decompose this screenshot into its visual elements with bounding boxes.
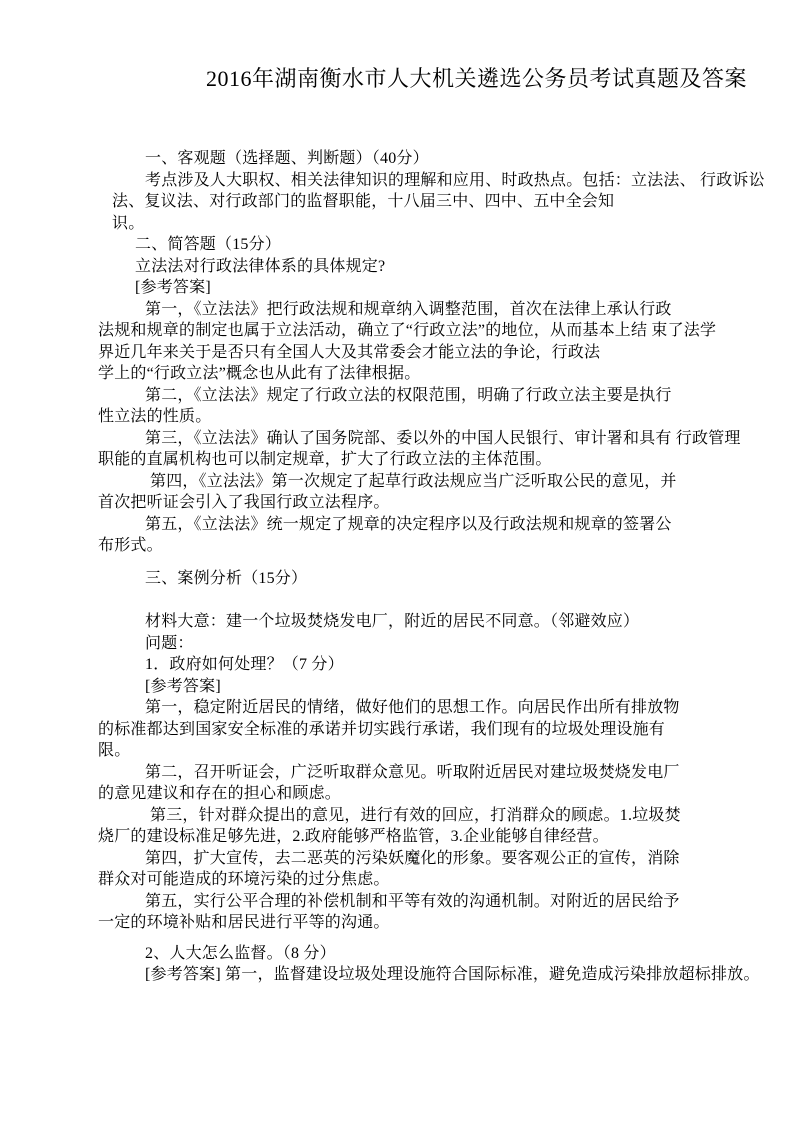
doc-line-question1: 1．政府如何处理？（7 分）: [145, 654, 734, 676]
doc-line: 识。: [112, 213, 734, 235]
doc-title: 2016年湖南衡水市人大机关遴选公务员考试真题及答案: [206, 64, 794, 94]
doc-line: 第四，扩大宣传，去二恶英的污染妖魔化的形象。要客观公正的宣传，消除: [145, 848, 734, 870]
doc-line: 第四，《立法法》第一次规定了起草行政法规应当广泛听取公民的意见，并: [150, 471, 734, 493]
doc-line: 第三，《立法法》确认了国务院部、委以外的中国人民银行、审计署和具有 行政管理: [145, 428, 734, 450]
doc-line: 考点涉及人大职权、相关法律知识的理解和应用、时政热点。包括：立法法、 行政诉讼: [145, 170, 734, 192]
doc-line: 的标准都达到国家安全标准的承诺并切实践行承诺，我们现有的垃圾处理设施有: [98, 719, 734, 741]
doc-line: 的意见建议和存在的担心和顾虑。: [98, 783, 734, 805]
doc-line: 第二，召开听证会，广泛听取群众意见。听取附近居民对建垃圾焚烧发电厂: [145, 762, 734, 784]
doc-line: 性立法的性质。: [98, 406, 734, 428]
doc-line-section1-heading: 一、客观题（选择题、判断题）（40分）: [145, 148, 734, 170]
doc-line: 立法法对行政法律体系的具体规定?: [135, 256, 734, 278]
doc-line: 第五，实行公平合理的补偿机制和平等有效的沟通机制。对附近的居民给予: [145, 891, 734, 913]
doc-line: 法、复议法、对行政部门的监督职能，十八届三中、四中、五中全会知: [112, 191, 734, 213]
doc-line: 第一，《立法法》把行政法规和规章纳入调整范围，首次在法律上承认行政: [145, 299, 734, 321]
document-page: 2016年湖南衡水市人大机关遴选公务员考试真题及答案 一、客观题（选择题、判断题…: [0, 0, 794, 1122]
doc-line: 一定的环境补贴和居民进行平等的沟通。: [98, 912, 734, 934]
doc-line: 群众对可能造成的环境污染的过分焦虑。: [98, 869, 734, 891]
doc-line: 第五，《立法法》统一规定了规章的决定程序以及行政法规和规章的签署公: [145, 514, 734, 536]
doc-body: 一、客观题（选择题、判断题）（40分） 考点涉及人大职权、相关法律知识的理解和应…: [0, 148, 794, 986]
doc-line-answer-label: [参考答案] 第一，监督建设垃圾处理设施符合国际标准，避免造成污染排放超标排放。: [145, 964, 734, 986]
doc-line-answer-label: [参考答案]: [145, 676, 734, 698]
doc-line-answer-label: [参考答案]: [135, 277, 734, 299]
doc-line: 布形式。: [98, 535, 734, 557]
doc-line: 职能的直属机构也可以制定规章，扩大了行政立法的主体范围。: [98, 449, 734, 471]
doc-line: 法规和规章的制定也属于立法活动，确立了“行政立法”的地位，从而基本上结 束了法学: [98, 320, 734, 342]
doc-line-section2-heading: 二、简答题（15分）: [135, 234, 734, 256]
doc-line-section3-heading: 三、案例分析（15分）: [145, 568, 734, 590]
doc-line-question2: 2、人大怎么监督。（8 分）: [145, 943, 734, 965]
doc-line: 首次把听证会引入了我国行政立法程序。: [98, 492, 734, 514]
doc-line: 界近几年来关于是否只有全国人大及其常委会才能立法的争论，行政法: [98, 342, 734, 364]
doc-line: 学上的“行政立法”概念也从此有了法律根据。: [98, 363, 734, 385]
doc-line: 第三，针对群众提出的意见，进行有效的回应，打消群众的顾虑。1.垃圾焚: [150, 805, 734, 827]
doc-line: 材料大意：建一个垃圾焚烧发电厂，附近的居民不同意。（邻避效应）: [145, 611, 734, 633]
doc-line: 限。: [98, 740, 734, 762]
doc-line: 问题：: [145, 633, 734, 655]
doc-line: 烧厂的建设标准足够先进，2.政府能够严格监管，3.企业能够自律经营。: [98, 826, 734, 848]
doc-line: 第二，《立法法》规定了行政立法的权限范围，明确了行政立法主要是执行: [145, 385, 734, 407]
doc-line: 第一，稳定附近居民的情绪，做好他们的思想工作。向居民作出所有排放物: [145, 697, 734, 719]
